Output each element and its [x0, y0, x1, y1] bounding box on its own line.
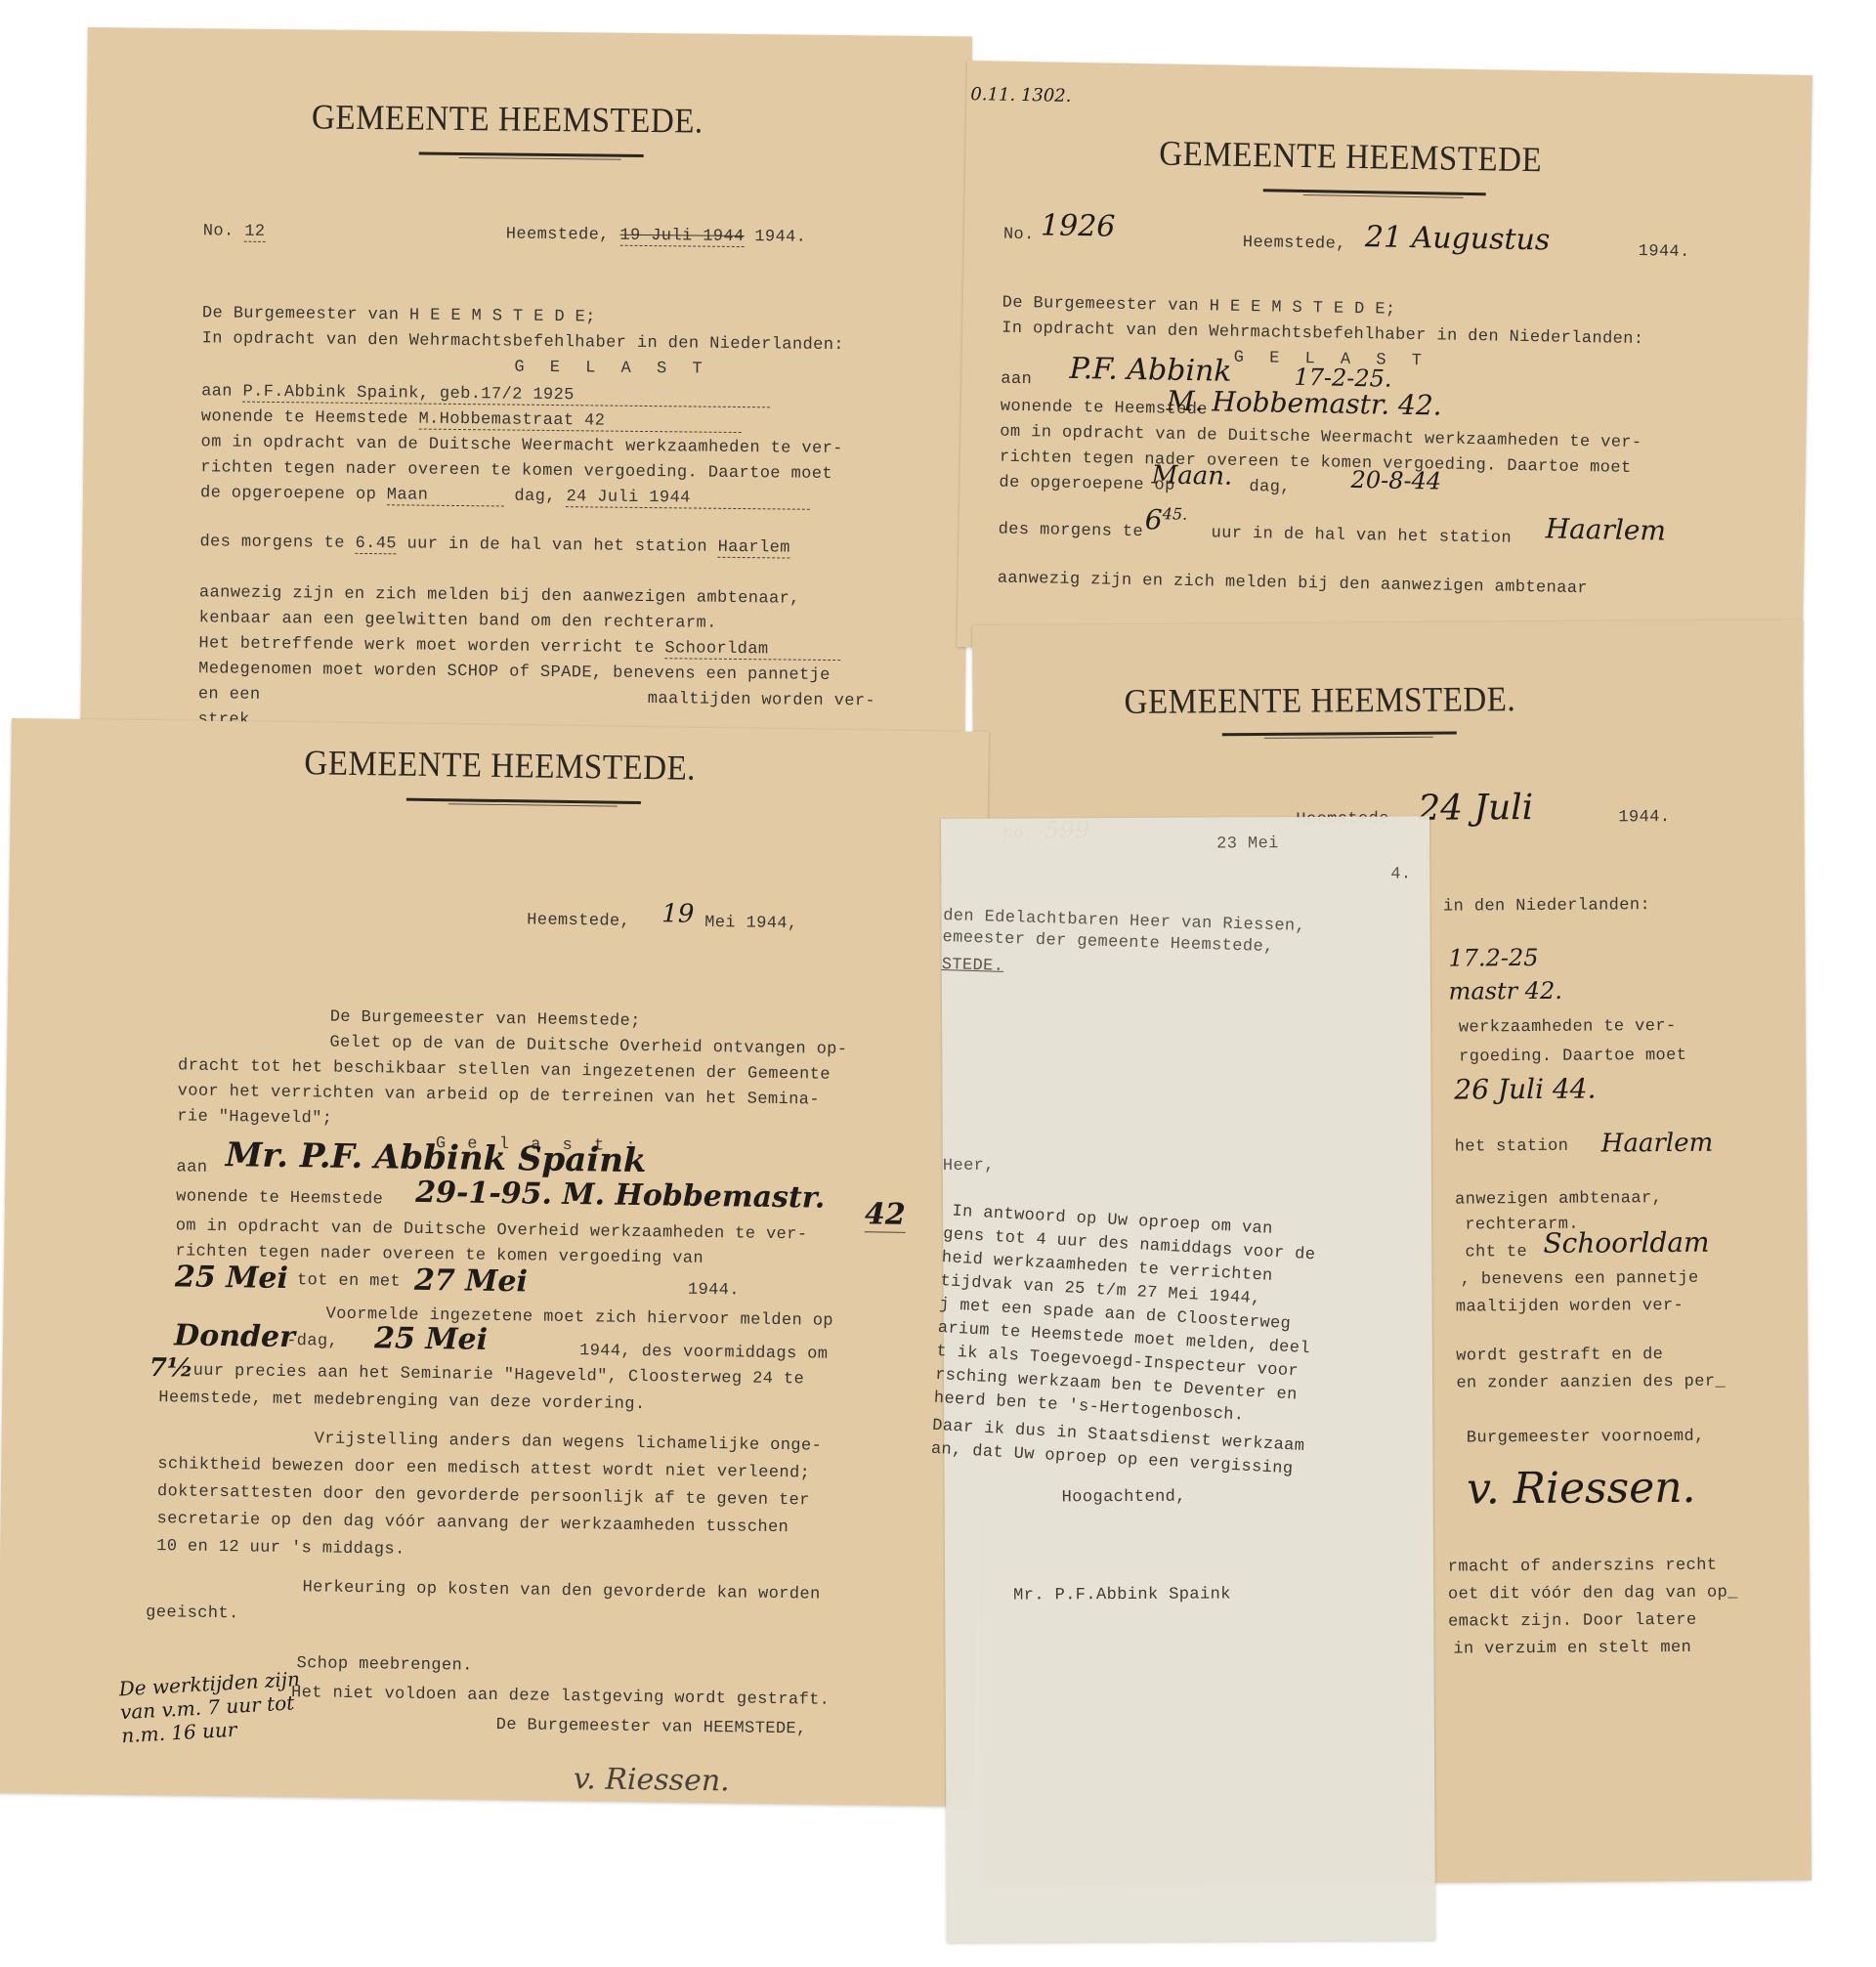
body-line-2: richten tegen nader overeen te komen ver… — [1000, 449, 1632, 478]
address-line: wonende te Heemstede M.Hobbemastraat 42 — [201, 407, 742, 433]
document-augustus-21: 0.11. 1302. GEMEENTE HEEMSTEDE No. 1926 … — [958, 61, 1812, 662]
letterhead-rule — [419, 152, 644, 157]
number-handwritten: 1926 — [1041, 208, 1116, 243]
time-label: des morgens te — [998, 521, 1143, 542]
body-line-5: om in opdracht van de Duitsche Overheid … — [176, 1217, 808, 1244]
body-line-3: aanwezig zijn en zich melden bij den aan… — [199, 583, 800, 608]
address-handwritten: M. Hobbemastr. 42. — [1167, 385, 1442, 422]
birth-address-handwritten: 29-1-95. M. Hobbemastr. — [415, 1176, 826, 1216]
fragment-5: anwezigen ambtenaar, — [1455, 1189, 1662, 1209]
body-line-2: richten tegen nader overeen te komen ver… — [200, 458, 832, 484]
year: 1944. — [1618, 808, 1670, 827]
fragment-10: wordt gestraft en de — [1456, 1346, 1663, 1365]
number-label: No. 12 — [203, 222, 266, 242]
recipient-label: aan — [176, 1158, 207, 1176]
body-line-15: 10 en 12 uur 's middags. — [156, 1537, 405, 1560]
recipient-name-handwritten: P.F. Abbink — [1069, 352, 1232, 389]
body-line-12: schiktheid bewezen door een medisch atte… — [157, 1455, 810, 1482]
addressee-line-3: STEDE. — [941, 956, 1003, 976]
recipient-name-handwritten: Mr. P.F. Abbink Spaink — [225, 1135, 646, 1180]
fragment-7: cht te — [1465, 1243, 1527, 1261]
margin-note-handwritten: De werktijden zijn van v.m. 7 uur tot n.… — [118, 1665, 337, 1747]
closing: Hoogachtend, — [1062, 1488, 1186, 1508]
weekday-handwritten: Maan. — [1151, 460, 1232, 491]
salutation: Heer, — [943, 1157, 995, 1176]
archive-annotation: 0.11. 1302. — [970, 84, 1071, 107]
body-line-1: om in opdracht van de Duitsche Weermacht… — [200, 433, 842, 458]
report-date-handwritten: 26 Juli 44. — [1454, 1073, 1596, 1106]
fragment-16: in verzuim en stelt men — [1453, 1639, 1691, 1659]
letterhead: GEMEENTE HEEMSTEDE. — [304, 742, 696, 789]
mayor-closing: De Burgemeester van HEEMSTEDE, — [496, 1716, 807, 1738]
letter-carbon-mei-23: 23 Mei 4. den Edelachtbaren Heer van Rie… — [941, 816, 1435, 1943]
birthdate-handwritten: 17.2-25 — [1448, 944, 1538, 972]
letterhead-rule — [1222, 732, 1457, 737]
fragment-9: maaltijden worden ver- — [1456, 1297, 1684, 1317]
letterhead-rule — [406, 798, 641, 804]
recipient-label: aan — [1001, 370, 1032, 390]
mayor-signature: v. Riessen. — [574, 1762, 730, 1798]
recipient-line: aan P.F.Abbink Spaink, geb.17/2 1925 — [201, 382, 771, 407]
place-label: Heemstede, — [527, 911, 630, 930]
station-handwritten: Haarlem — [1545, 512, 1666, 546]
body-line-11: Vrijstelling anders dan wegens lichameli… — [315, 1430, 823, 1455]
address-handwritten: mastr 42. — [1449, 977, 1562, 1005]
mayor-line: De Burgemeester van Heemstede; — [330, 1008, 641, 1031]
fragment-11: en zonder aanzien des per_ — [1456, 1373, 1726, 1393]
body-line-14: secretarie op den dag vóór aanvang der w… — [156, 1510, 789, 1537]
body-line-2: dracht tot het beschikbaar stellen van i… — [178, 1056, 831, 1084]
year-label: 1944. — [688, 1281, 740, 1301]
time-handwritten: 645. — [1145, 503, 1188, 536]
place-label: Heemstede, — [1243, 234, 1346, 254]
body-line-13: doktersattesten door den gevorderde pers… — [157, 1482, 810, 1510]
sender-name: Mr. P.F.Abbink Spaink — [1013, 1585, 1231, 1604]
body-line-9: uur precies aan het Seminarie "Hageveld"… — [193, 1362, 805, 1390]
number-label: No. — [1003, 226, 1035, 245]
time-handwritten: 7½ — [149, 1353, 194, 1384]
body-line-3: aanwezig zijn en zich melden bij den aan… — [998, 570, 1589, 599]
until-label: tot en met — [297, 1271, 401, 1291]
body-line-19: Het niet voldoen aan deze lastgeving wor… — [291, 1684, 831, 1710]
time-station-line: des morgens te 6.45 uur in de hal van he… — [199, 533, 790, 558]
body-line-6b: maaltijden worden ver- — [648, 690, 875, 710]
fragment-12: Burgemeester voornoemd, — [1467, 1428, 1705, 1448]
fragment-4: het station — [1455, 1137, 1569, 1157]
fragment-1: in den Niederlanden: — [1443, 896, 1650, 916]
station-label: uur in de hal van het station — [1211, 524, 1512, 547]
body-line-17: geeischt. — [146, 1604, 239, 1623]
body-line-10: Heemstede, met medebrenging van deze vor… — [158, 1389, 645, 1414]
station-handwritten: Haarlem — [1601, 1129, 1714, 1159]
house-number-handwritten: 42 — [865, 1197, 906, 1233]
date-line: Heemstede, 19 Juli 1944 1944. — [506, 225, 807, 247]
letter-date-suffix: 4. — [1390, 865, 1411, 883]
report-day-label: de opgeroepene op — [999, 474, 1175, 495]
letterhead-rule — [1263, 189, 1486, 195]
fragment-8: , benevens een pannetje — [1461, 1269, 1699, 1290]
letterhead: GEMEENTE HEEMSTEDE — [1159, 132, 1543, 180]
work-location-line: Het betreffende werk moet worden verrich… — [198, 634, 840, 661]
fragment-3: rgoeding. Daartoe moet — [1459, 1047, 1686, 1067]
fragment-15: emackt zijn. Door latere — [1448, 1611, 1697, 1632]
date-rest: Mei 1944, — [704, 914, 798, 933]
year: 1944. — [1639, 242, 1690, 262]
order-line: In opdracht van den Wehrmachtsbefehlhabe… — [202, 329, 844, 355]
mayor-signature: v. Riessen. — [1467, 1463, 1696, 1515]
body-line-1: om in opdracht van de Duitsche Weermacht… — [1000, 423, 1642, 452]
mayor-line: De Burgemeester van H E E M S T E D E; — [1002, 294, 1396, 320]
order-line: In opdracht van den Wehrmachtsbefehlhabe… — [1002, 320, 1644, 349]
work-location-handwritten: Schoorldam — [1543, 1226, 1709, 1260]
dag-label: dag, — [1249, 478, 1291, 497]
fragment-13: rmacht of anderszins recht — [1448, 1557, 1718, 1577]
report-date-handwritten: 20-8-44 — [1350, 466, 1441, 495]
dag-label: -dag, — [286, 1332, 338, 1351]
from-date-handwritten: 25 Mei — [175, 1260, 288, 1296]
body-line-4: rie "Hageveld"; — [177, 1107, 332, 1128]
date-day-handwritten: 19 — [661, 899, 695, 928]
to-date-handwritten: 27 Mei — [414, 1263, 528, 1300]
document-mei-19: GEMEENTE HEEMSTEDE. Heemstede, 19 Mei 19… — [0, 718, 989, 1807]
fragment-2: werkzaamheden te ver- — [1459, 1017, 1677, 1038]
address-label: wonende te Heemstede — [176, 1187, 383, 1209]
body-line-4: kenbaar aan een geelwitten band om den r… — [199, 609, 717, 633]
letterhead: GEMEENTE HEEMSTEDE. — [312, 96, 703, 141]
report-date-handwritten: 25 Mei — [374, 1321, 488, 1357]
body-line-16: Herkeuring op kosten van den gevorderde … — [302, 1578, 820, 1604]
body-line-3: voor het verrichten van arbeid op de ter… — [178, 1082, 821, 1109]
letter-date: 23 Mei — [1216, 834, 1279, 853]
date-handwritten: 24 Juli — [1418, 788, 1533, 829]
weekday-handwritten: Donder — [174, 1318, 295, 1354]
body-line-6: en een — [198, 685, 261, 705]
date-handwritten: 21 Augustus — [1365, 220, 1551, 257]
body-line-8: 1944, des voormiddags om — [579, 1342, 829, 1364]
body-line-5: Medegenomen moet worden SCHOP of SPADE, … — [198, 660, 831, 685]
body-line-1: Gelet op de van de Duitsche Overheid ont… — [329, 1034, 847, 1059]
gelast-heading: G E L A S T — [514, 359, 709, 379]
fragment-14: oet dit vóór den dag van op_ — [1448, 1584, 1738, 1604]
letterhead: GEMEENTE HEEMSTEDE. — [1124, 678, 1515, 722]
report-day-line: de opgeroepene op Maan dag, 24 Juli 1944 — [200, 484, 811, 510]
mayor-line: De Burgemeester van H E E M S T E D E; — [202, 304, 596, 326]
